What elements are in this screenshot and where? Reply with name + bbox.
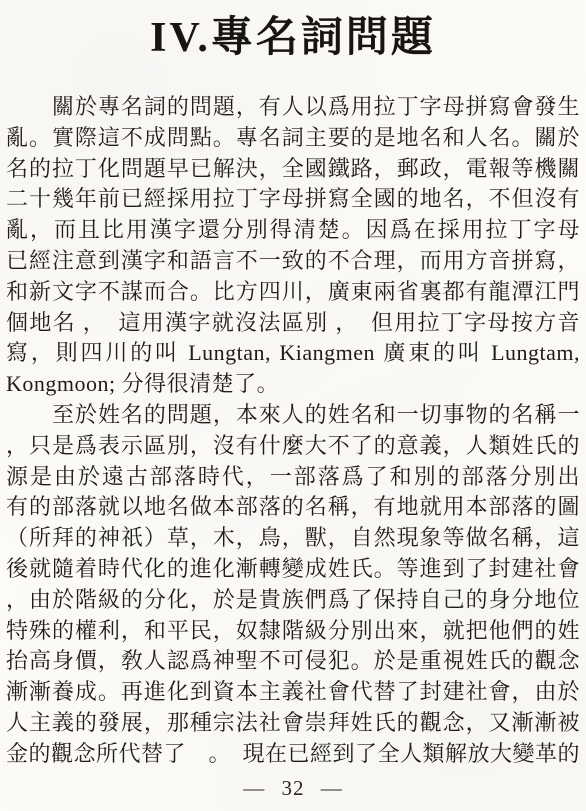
page-number: — 32 — — [0, 776, 586, 801]
text-line: 關於專名詞的問題，有人以爲用拉丁字母拼寫會發生混 — [6, 92, 580, 123]
text-line: 亂，而且比用漢字還分別得清楚。因爲在採用拉丁字母時， — [6, 215, 580, 246]
text-line: 漸漸養成。再進化到資本主義社會代替了封建社會，由於個 — [6, 677, 580, 708]
text-line: 個地名 ， 這用漢字就沒法區別 ， 但用拉丁字母按方音拼 — [6, 308, 580, 339]
text-line: 人主義的發展，那種宗法社會崇拜姓氏的觀念，又漸漸被拜 — [6, 708, 580, 739]
text-line: 後就隨着時代化的進化漸轉變成姓氏。等進到了封建社會時 — [6, 554, 580, 585]
page-title: IV.專名詞問題 — [0, 4, 586, 64]
text-line: 特殊的權利，和平民，奴隸階級分別出來，就把他們的姓氏 — [6, 616, 580, 647]
text-line: 抬高身價，敎人認爲神聖不可侵犯。於是重視姓氏的觀念才 — [6, 646, 580, 677]
text-line: （所拜的神祇）草，木，鳥，獸，自然現象等做名稱，這以 — [6, 523, 580, 554]
text-line: ，只是爲表示區別，沒有什麼大不了的意義，人類姓氏的起 — [6, 431, 580, 462]
text-line: 已經注意到漢字和語言不一致的不合理，而用方音拼寫，這 — [6, 246, 580, 277]
text-line: 寫，則四川的叫 Lungtan, Kiangmen 廣東的叫 Lungtam, — [6, 338, 580, 369]
text-line: 有的部落就以地名做本部落的名稱，有地就用本部落的圖騰 — [6, 492, 580, 523]
text-line: 名的拉丁化問題早已解決，全國鐵路，郵政，電報等機關在 — [6, 154, 580, 185]
text-line: ，由於階級的分化，於是貴族們爲了保持自己的身分地位和 — [6, 585, 580, 616]
text-line: 亂。實際這不成問點。專名詞主要的是地名和人名。關於地 — [6, 123, 580, 154]
text-line: 源是由於遠古部落時代，一部落爲了和別的部落分別出來， — [6, 462, 580, 493]
text-line: 金的觀念所代替了 。 現在已經到了全人類解放大變革的前 — [6, 739, 580, 770]
scanned-book-page: IV.專名詞問題 關於專名詞的問題，有人以爲用拉丁字母拼寫會發生混 亂。實際這不… — [0, 0, 586, 811]
text-line: Kongmoon; 分得很清楚了。 — [6, 369, 580, 400]
text-line: 二十幾年前已經採用拉丁字母拼寫全國的地名，不但沒有混 — [6, 184, 580, 215]
text-line: 和新文字不謀而合。比方四川，廣東兩省裏都有龍潭江門兩 — [6, 277, 580, 308]
text-line: 至於姓名的問題，本來人的姓名和一切事物的名稱一樣 — [6, 400, 580, 431]
body-text: 關於專名詞的問題，有人以爲用拉丁字母拼寫會發生混 亂。實際這不成問點。專名詞主要… — [6, 92, 580, 770]
